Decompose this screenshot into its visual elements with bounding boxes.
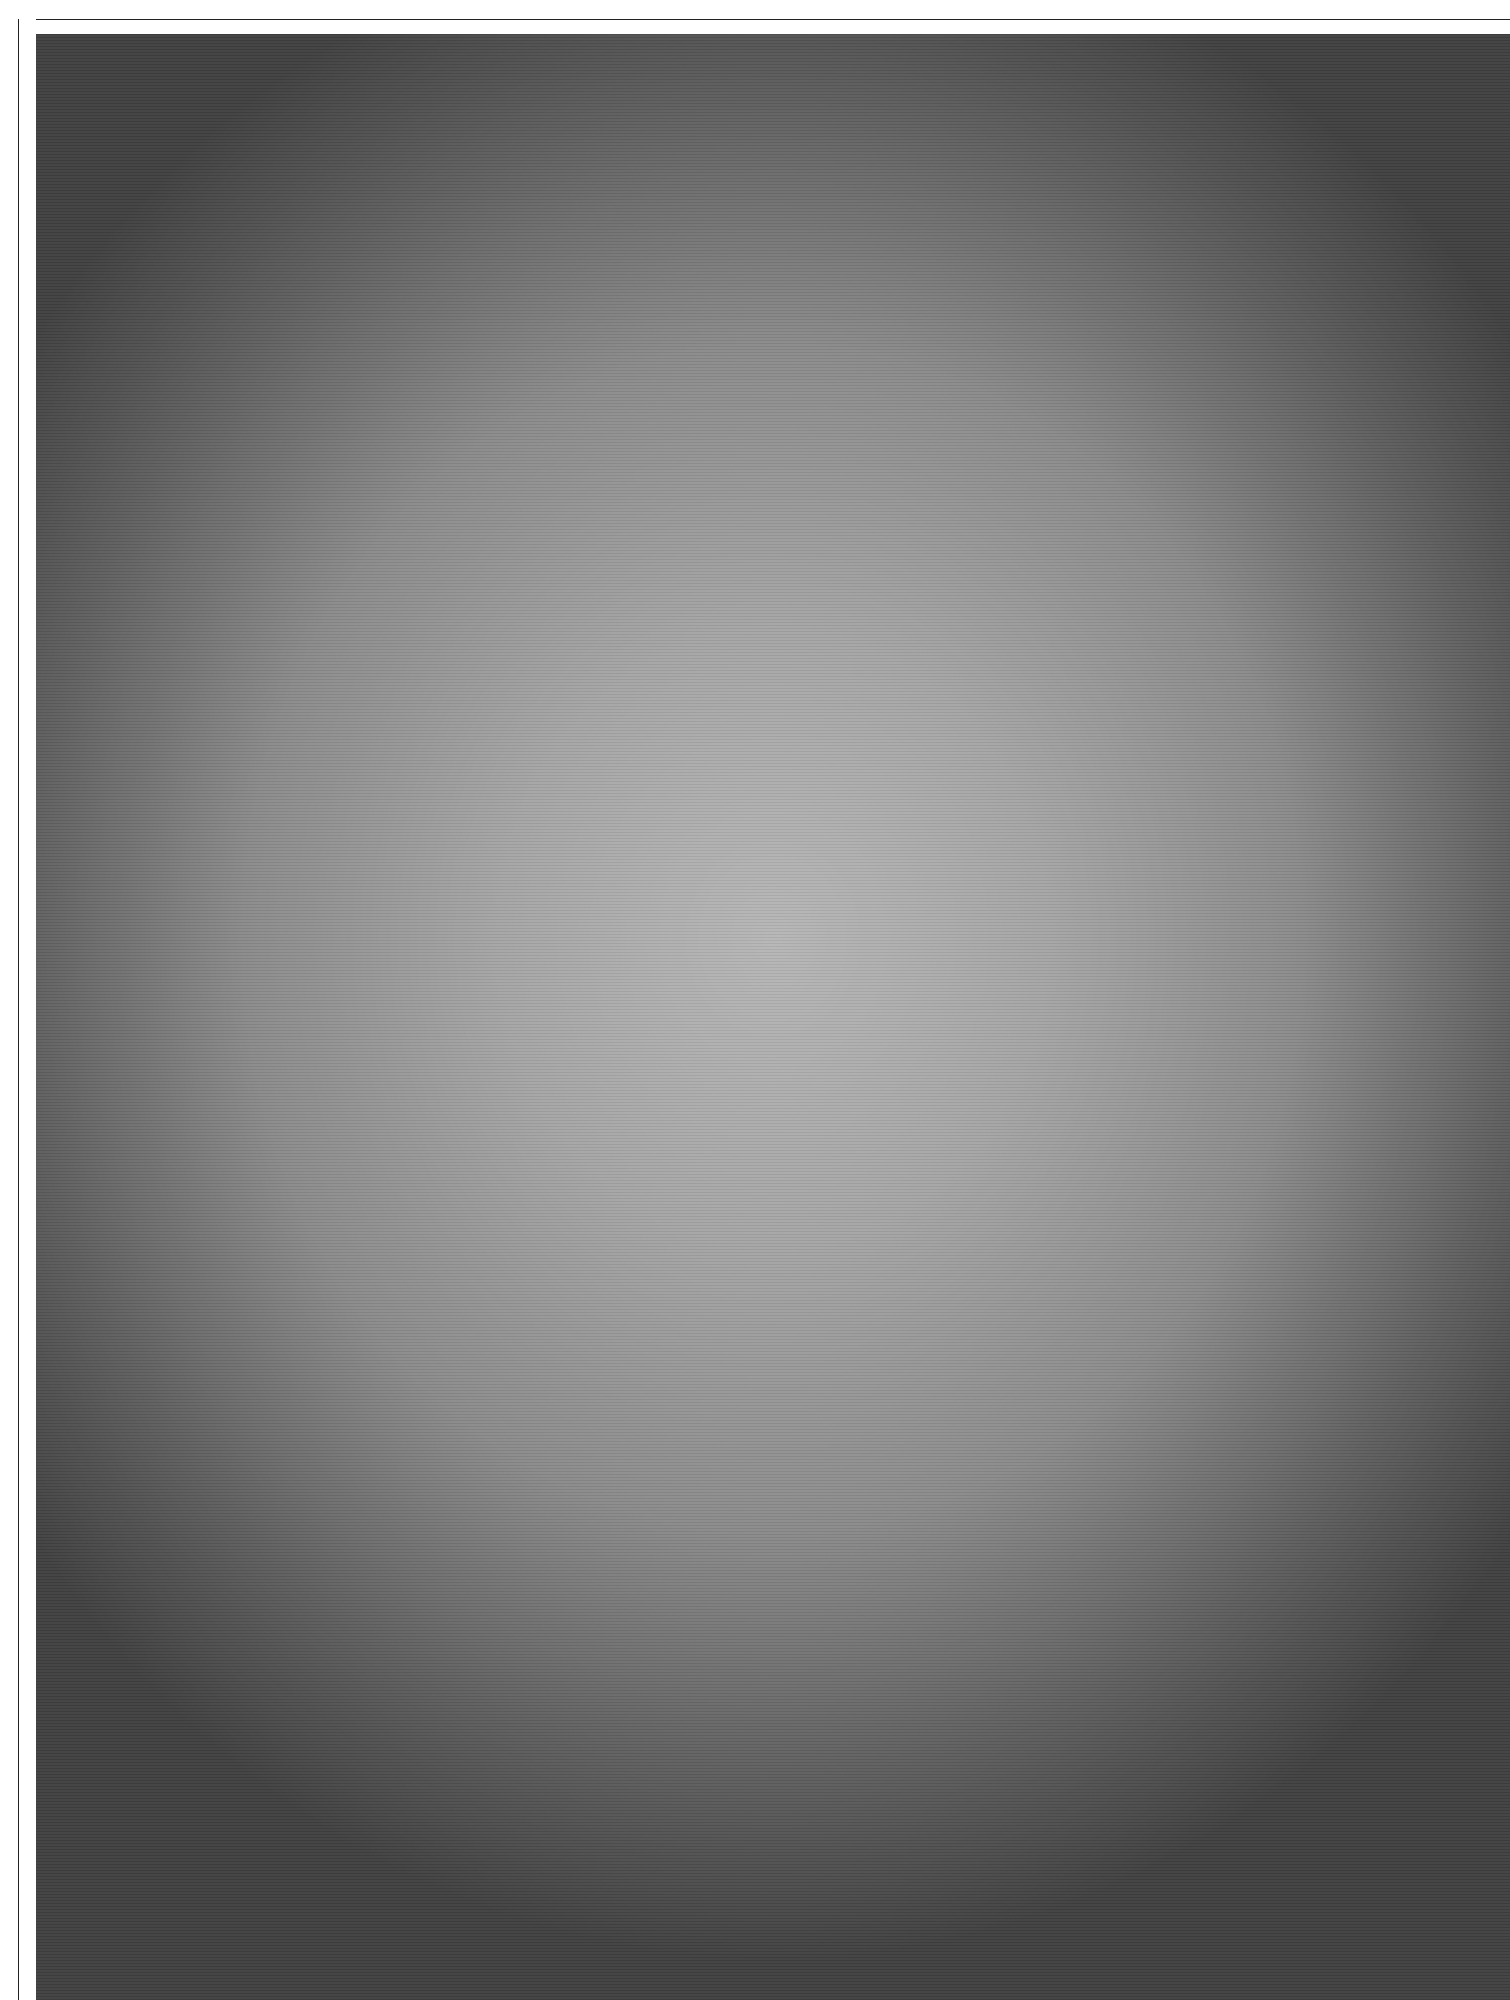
ruler-top (0, 0, 1510, 34)
ruler-top-baseline (18, 19, 1510, 20)
ruler-left (0, 0, 36, 2000)
ruler-left-baseline (18, 19, 19, 2000)
manuscript-scan-image (36, 34, 1510, 2000)
